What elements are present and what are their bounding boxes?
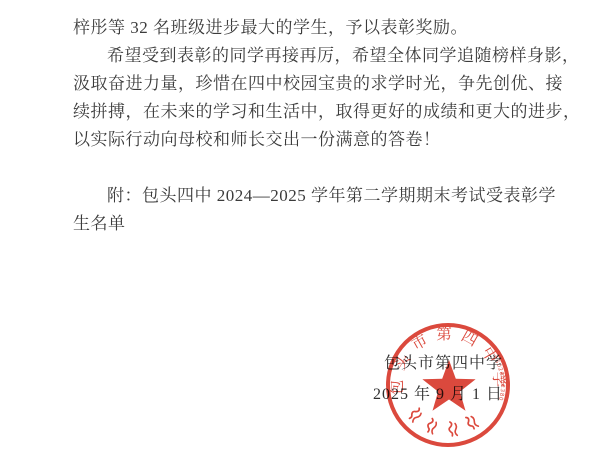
document-line: 生名单 (73, 210, 541, 238)
mongolian-script-icon (408, 407, 479, 436)
document-page: 梓彤等 32 名班级进步最大的学生，予以表彰奖励。希望受到表彰的同学再接再厉，希… (0, 0, 600, 471)
document-line: 梓彤等 32 名班级进步最大的学生，予以表彰奖励。 (73, 14, 541, 42)
document-body: 梓彤等 32 名班级进步最大的学生，予以表彰奖励。希望受到表彰的同学再接再厉，希… (73, 14, 541, 238)
document-line: 汲取奋进力量，珍惜在四中校园宝贵的求学时光，争先创优、接 (73, 70, 541, 98)
document-line: 以实际行动向母校和师长交出一份满意的答卷！ (73, 126, 541, 154)
date-text: 2025 年 9 月 1 日 (373, 379, 503, 410)
document-line: 续拼搏，在未来的学习和生活中，取得更好的成绩和更大的进步， (73, 98, 541, 126)
document-line: 希望受到表彰的同学再接再厉，希望全体同学追随榜样身影， (73, 42, 541, 70)
signature-block: 包头市第四中学 2025 年 9 月 1 日 (373, 348, 503, 410)
school-name-text: 包头市第四中学 (373, 348, 503, 379)
document-line (73, 154, 541, 182)
document-line: 附：包头四中 2024—2025 学年第二学期期末考试受表彰学 (73, 182, 541, 210)
